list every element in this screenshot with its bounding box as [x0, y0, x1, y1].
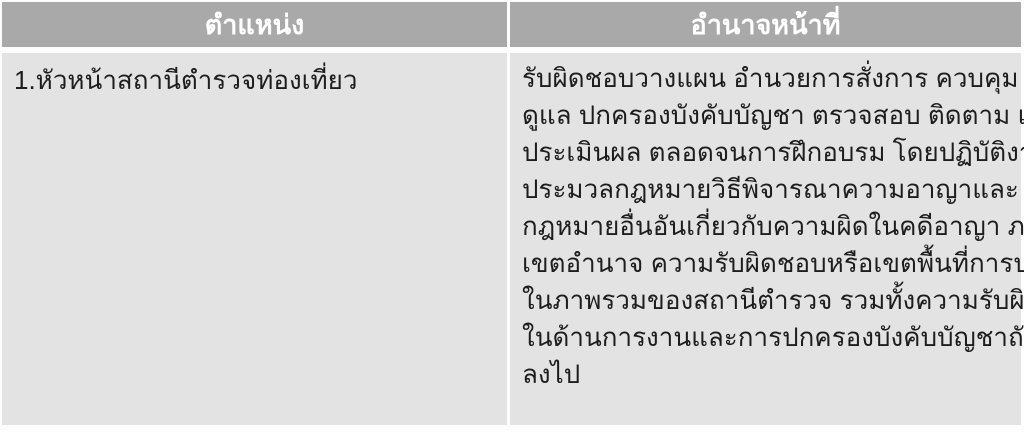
duty-line: ในภาพรวมของสถานีตำรวจ รวมทั้งความรับผิดช… — [522, 282, 1011, 319]
duties-cell: รับผิดชอบวางแผน อำนวยการสั่งการ ควบคุม ก… — [510, 53, 1021, 425]
column-header-position: ตำแหน่ง — [2, 2, 507, 47]
duty-line: ดูแล ปกครองบังคับบัญชา ตรวจสอบ ติดตาม แล… — [522, 97, 1011, 134]
column-header-duties: อำนาจหน้าที่ — [510, 2, 1021, 47]
page: ตำแหน่ง อำนาจหน้าที่ 1.หัวหน้าสถานีตำรวจ… — [0, 0, 1024, 432]
duty-line: ลงไป — [522, 356, 1011, 393]
duty-line: รับผิดชอบวางแผน อำนวยการสั่งการ ควบคุม ก… — [522, 60, 1011, 97]
duty-line: เขตอำนาจ ความรับผิดชอบหรือเขตพื้นที่การป… — [522, 245, 1011, 282]
duty-line: ในด้านการงานและการปกครองบังคับบัญชาถัดรอ… — [522, 319, 1011, 356]
position-cell: 1.หัวหน้าสถานีตำรวจท่องเที่ยว — [2, 53, 507, 425]
duty-line: ประเมินผล ตลอดจนการฝึกอบรม โดยปฏิบัติงาน… — [522, 134, 1011, 171]
duties-table: ตำแหน่ง อำนาจหน้าที่ 1.หัวหน้าสถานีตำรวจ… — [0, 0, 1024, 425]
duty-line: กฎหมายอื่นอันเกี่ยวกับความผิดในคดีอาญา ภ… — [522, 208, 1011, 245]
duty-line: ประมวลกฎหมายวิธีพิจารณาความอาญาและ — [522, 171, 1011, 208]
